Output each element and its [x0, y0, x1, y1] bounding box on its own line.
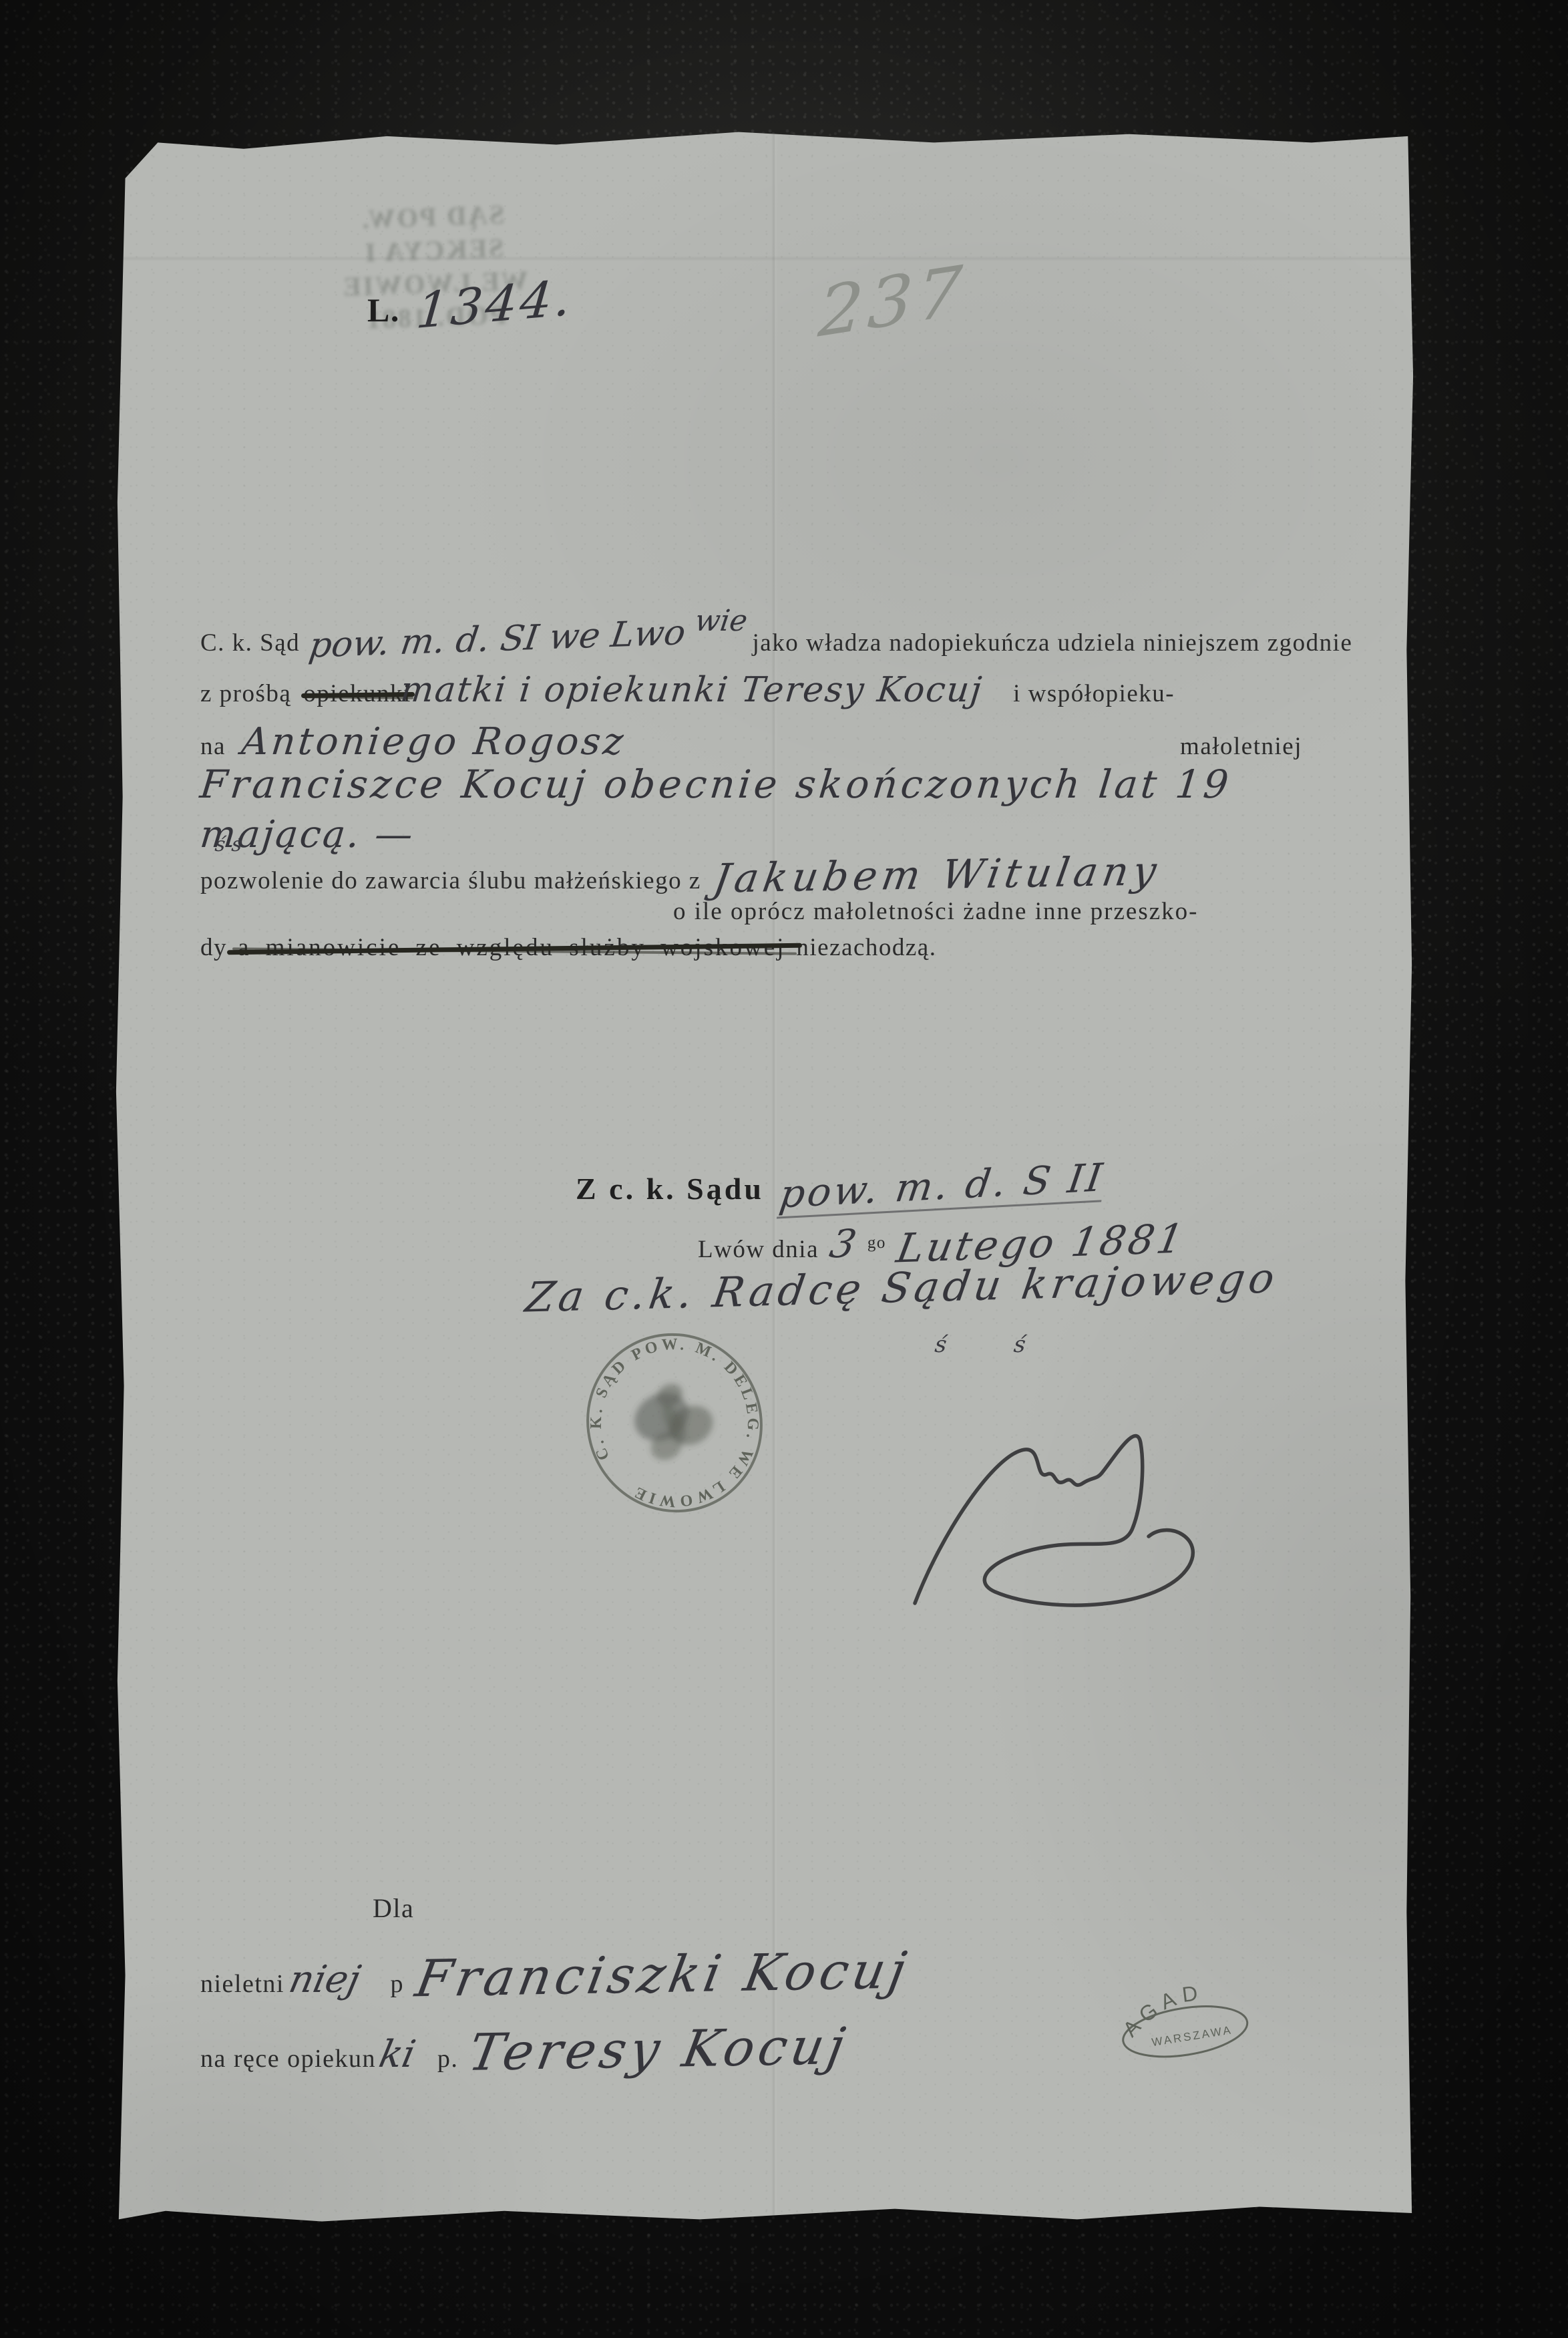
footer-guardian-printed: na ręce opiekun: [200, 2044, 376, 2073]
closing-day-suffix-printed: go: [867, 1234, 886, 1252]
document-paper: SĄD POW. SEKCYA I WE LWOWIE POD. 1881 L.…: [114, 124, 1416, 2228]
closing-on-behalf-line: Za c.k. Radcę Sądu krajowego: [522, 1253, 1282, 1321]
horizontal-fold-crease: [114, 256, 1416, 261]
closing-day-handwritten: 3: [826, 1221, 860, 1267]
body-line8-printed-end: niezachodzą.: [796, 933, 936, 962]
body-line8-struck-segment: a mianowicie ze względu służby wojskowej: [238, 933, 785, 962]
footer-for-label: Dla: [373, 1892, 414, 1924]
body-line3-printed-start: na: [200, 732, 226, 761]
registry-number-label: L.: [367, 291, 400, 329]
footer-guardian-name-handwritten: Teresy Kocuj: [465, 2016, 853, 2082]
judge-signature: [875, 1379, 1249, 1660]
footer-guardian-handwritten-suffix: ki: [375, 2033, 419, 2076]
footer-guardian-p: p.: [437, 2044, 459, 2073]
body-line3-handwritten: Antoniego Rogosz: [240, 720, 628, 764]
signature-stroke: [915, 1436, 1193, 1605]
body-line2-struck-word: opiekunki: [303, 679, 411, 708]
footer-minor-handwritten-suffix: niej: [285, 1958, 364, 2001]
registry-number: L. 1344.: [367, 276, 572, 333]
body-line-2: z prośbą opiekunki matki i opiekunki Ter…: [200, 670, 1302, 710]
archival-photo-background: { "colors": { "background": "#151514", "…: [0, 0, 1568, 2338]
registry-number-value: 1344.: [414, 269, 576, 340]
closing-court-line: Z c. k. Sądu pow. m. d. S II: [576, 1163, 1103, 1210]
body-line-8: dy a mianowicie ze względu służby wojsko…: [200, 933, 1302, 962]
body-line2-handwritten: matki i opiekunki Teresy Kocuj: [399, 670, 985, 710]
body-line6-printed: pozwolenie do zawarcia ślubu małżeńskieg…: [200, 866, 701, 895]
body-line-7: o ile oprócz małoletności żadne inne prz…: [673, 897, 1199, 926]
court-seal-eagle-smudge: [624, 1373, 721, 1466]
body-line6-handwritten: Jakubem Witulany: [710, 848, 1164, 902]
body-line2-printed-end: i współopieku-: [1013, 679, 1175, 708]
body-line2-printed-start: z prośbą: [200, 679, 291, 708]
pencil-folio-number: 237: [816, 250, 968, 353]
archive-stamp: AGAD WARSZAWA: [1105, 1974, 1265, 2067]
closing-court-handwritten: pow. m. d. S II: [777, 1154, 1108, 1218]
footer-minor-name-handwritten: Franciszki Kocuj: [411, 1941, 914, 2009]
bleedthrough-line: SĄD POW. SEKCYA I: [312, 196, 554, 272]
body-line-3: na Antoniego Rogosz małoletniej: [200, 720, 1302, 764]
footer-minor-p: p: [390, 1969, 404, 1999]
closing-place-printed: Lwów dnia: [698, 1235, 819, 1264]
body-line3-printed-end: małoletniej: [1180, 732, 1302, 761]
body-line-6: pozwolenie do zawarcia ślubu małżeńskieg…: [200, 852, 1302, 898]
body-line1-handwritten-superscript: wie: [693, 604, 749, 638]
footer-guardian-line: na ręce opiekun ki p. Teresy Kocuj: [200, 2019, 847, 2079]
body-line-1: C. k. Sąd pow. m. d. SI we Lwo wie jako …: [200, 619, 1302, 659]
closing-insertion-marks: ś ś: [934, 1331, 1027, 1358]
body-line1-printed-start: C. k. Sąd: [200, 629, 300, 657]
body-line1-printed-end: jako władza nadopiekuńcza udziela niniej…: [753, 629, 1353, 657]
body-line1-handwritten: pow. m. d. SI we Lwo: [307, 613, 688, 665]
body-line-4: Franciszce Kocuj obecnie skończonych lat…: [198, 762, 1233, 807]
closing-court-printed: Z c. k. Sądu: [576, 1171, 764, 1206]
court-seal: C. K. SĄD POW. M. DELEG. WE LWOWIE: [578, 1326, 771, 1520]
footer-minor-printed: nieletni: [200, 1969, 284, 1999]
body-line8-printed-start: dy: [200, 933, 227, 962]
footer-minor-line: nieletni niej p Franciszki Kocuj: [200, 1945, 908, 2004]
